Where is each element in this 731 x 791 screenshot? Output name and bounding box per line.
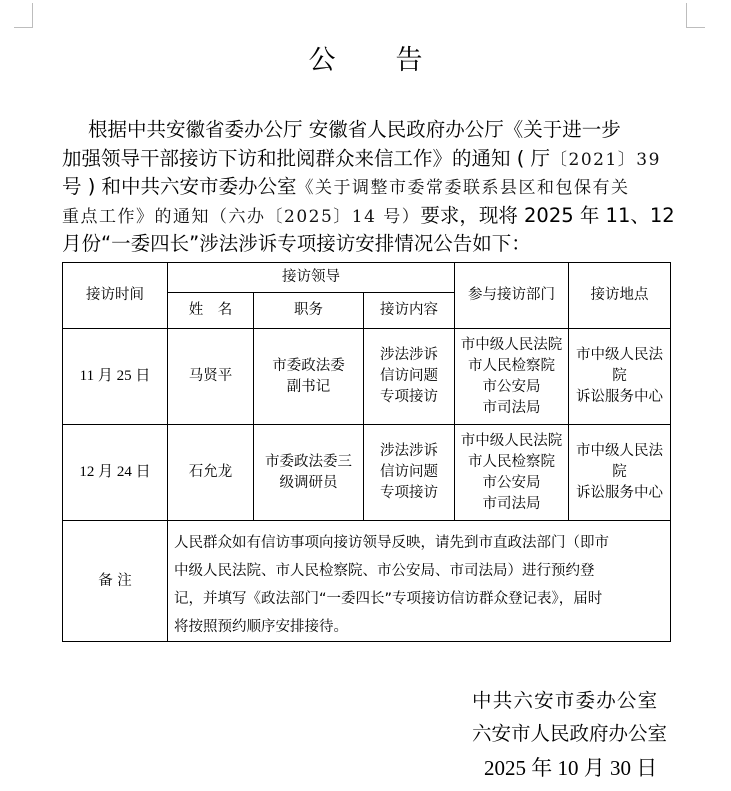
location-line: 市中级人民法院 [569,441,670,483]
doc-title-2: 《关于调整市委常委联系县区和包保有关 [297,178,630,198]
table-row: 12 月 24 日 石允龙 市委政法委三级调研员 涉法涉诉信访问题专项接访 市中… [63,425,671,521]
header-name: 姓 名 [168,293,254,329]
intro-line-3-text: 号 ) 和中共六安市委办公室 [62,175,297,198]
department-line: 市司法局 [455,494,568,515]
intro-line-2-text: 加强领导干部接访下访和批阅群众来信工作》的通知 ( 厅 [62,147,550,170]
table-row: 11 月 25 日 马贤平 市委政法委副书记 涉法涉诉信访问题专项接访 市中级人… [63,329,671,425]
position-line: 市委政法委 [254,356,363,377]
location-line: 诉讼服务中心 [569,387,670,408]
intro-line-5: 月份“一委四长”涉法涉诉专项接访安排情况公告如下： [62,230,688,259]
position-line: 副书记 [254,377,363,398]
remarks-label: 备 注 [63,521,168,642]
content-line: 专项接访 [364,387,454,408]
content-line: 专项接访 [364,483,454,504]
signature-org-2: 六安市人民政府办公室 [472,718,667,746]
header-position: 职务 [254,293,364,329]
title-char-1: 公 [309,38,336,77]
remarks-text: 人民群众如有信访事项向接访领导反映，请先到市直政法部门（即市中级人民法院、市人民… [168,521,671,642]
cell-name: 石允龙 [168,425,254,521]
cell-content: 涉法涉诉信访问题专项接访 [364,425,455,521]
header-departments: 参与接访部门 [455,263,569,329]
content-line: 信访问题 [364,462,454,483]
intro-paragraph: 根据中共安徽省委办公厅 安徽省人民政府办公厅《关于进一步 加强领导干部接访下访和… [62,116,688,259]
cell-position: 市委政法委三级调研员 [254,425,364,521]
intro-line-3: 号 ) 和中共六安市委办公室《关于调整市委常委联系县区和包保有关 [62,173,688,202]
location-line: 诉讼服务中心 [569,483,670,504]
remark-line: 将按照预约顺序安排接待。 [174,613,664,641]
position-line: 级调研员 [254,473,363,494]
department-line: 市公安局 [455,473,568,494]
remark-line: 人民群众如有信访事项向接访领导反映，请先到市直政法部门（即市 [174,529,664,557]
cell-date: 11 月 25 日 [63,329,168,425]
content-line: 信访问题 [364,366,454,387]
remark-line: 记，并填写《政法部门“一委四长”专项接访信访群众登记表》，届时 [174,585,664,613]
doc-number-1: 〔2021〕39 [550,150,661,170]
cell-date: 12 月 24 日 [63,425,168,521]
page-corner-mark-top-left [14,3,33,28]
page-title: 公告 [0,38,731,77]
department-line: 市中级人民法院 [455,431,568,452]
position-line: 市委政法委三 [254,452,363,473]
cell-location: 市中级人民法院诉讼服务中心 [569,329,671,425]
department-line: 市公安局 [455,377,568,398]
intro-line-4: 重点工作》的通知（六办〔2025〕14 号）要求，现将 2025 年 11、12 [62,202,688,231]
header-leader-group: 接访领导 [168,263,455,293]
schedule-table: 接访时间 接访领导 参与接访部门 接访地点 姓 名 职务 接访内容 11 月 2… [62,262,671,642]
cell-departments: 市中级人民法院市人民检察院市公安局市司法局 [455,329,569,425]
cell-departments: 市中级人民法院市人民检察院市公安局市司法局 [455,425,569,521]
department-line: 市人民检察院 [455,356,568,377]
location-line: 市中级人民法院 [569,345,670,387]
remark-line: 中级人民法院、市人民检察院、市公安局、市司法局）进行预约登 [174,557,664,585]
signature-date: 2025 年 10 月 30 日 [484,752,657,782]
intro-line-4-text: 要求，现将 2025 年 11、12 [420,204,674,227]
doc-number-2: 重点工作》的通知（六办〔2025〕14 号） [62,207,420,227]
content-line: 涉法涉诉 [364,441,454,462]
department-line: 市人民检察院 [455,452,568,473]
content-line: 涉法涉诉 [364,345,454,366]
department-line: 市司法局 [455,398,568,419]
cell-content: 涉法涉诉信访问题专项接访 [364,329,455,425]
cell-location: 市中级人民法院诉讼服务中心 [569,425,671,521]
header-location: 接访地点 [569,263,671,329]
signature-org-1: 中共六安市委办公室 [472,685,658,713]
title-char-2: 告 [396,38,423,77]
page-corner-mark-top-right [686,3,705,28]
intro-line-1: 根据中共安徽省委办公厅 安徽省人民政府办公厅《关于进一步 [62,116,688,145]
header-time: 接访时间 [63,263,168,329]
remarks-row: 备 注 人民群众如有信访事项向接访领导反映，请先到市直政法部门（即市中级人民法院… [63,521,671,642]
cell-name: 马贤平 [168,329,254,425]
intro-line-2: 加强领导干部接访下访和批阅群众来信工作》的通知 ( 厅〔2021〕39 [62,145,688,174]
department-line: 市中级人民法院 [455,335,568,356]
header-content: 接访内容 [364,293,455,329]
cell-position: 市委政法委副书记 [254,329,364,425]
